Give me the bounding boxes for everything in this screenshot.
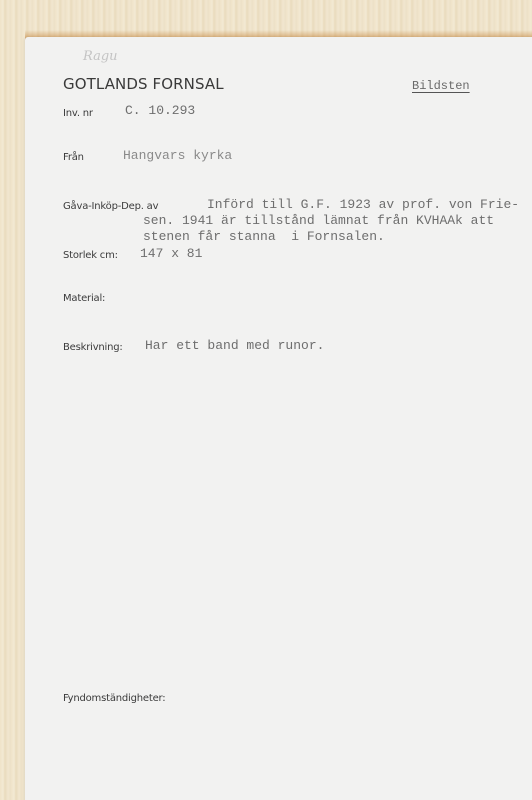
gava-line-2: sen. 1941 är tillstånd lämnat från KVHAA… <box>143 213 494 229</box>
card-title: GOTLANDS FORNSAL <box>63 75 224 93</box>
inv-nr-value: C. 10.293 <box>125 103 195 119</box>
fran-label: Från <box>63 152 84 163</box>
gava-line-3: stenen får stanna i Fornsalen. <box>143 229 385 245</box>
fran-value: Hangvars kyrka <box>123 148 232 164</box>
category-value: Bildsten <box>412 79 470 93</box>
inv-nr-label: Inv. nr <box>63 108 93 119</box>
storlek-value: 147 x 81 <box>140 246 202 262</box>
gava-line-1: Införd till G.F. 1923 av prof. von Frie- <box>207 197 519 213</box>
gava-label: Gåva-Inköp-Dep. av <box>63 201 158 212</box>
beskrivning-label: Beskrivning: <box>63 342 123 353</box>
catalog-card: Ragu GOTLANDS FORNSAL Bildsten Inv. nr C… <box>25 37 532 800</box>
storlek-label: Storlek cm: <box>63 250 118 261</box>
fyndomstandigheter-label: Fyndomständigheter: <box>63 693 165 704</box>
material-label: Material: <box>63 293 105 304</box>
beskrivning-value: Har ett band med runor. <box>145 338 324 354</box>
pencil-note: Ragu <box>83 49 118 64</box>
